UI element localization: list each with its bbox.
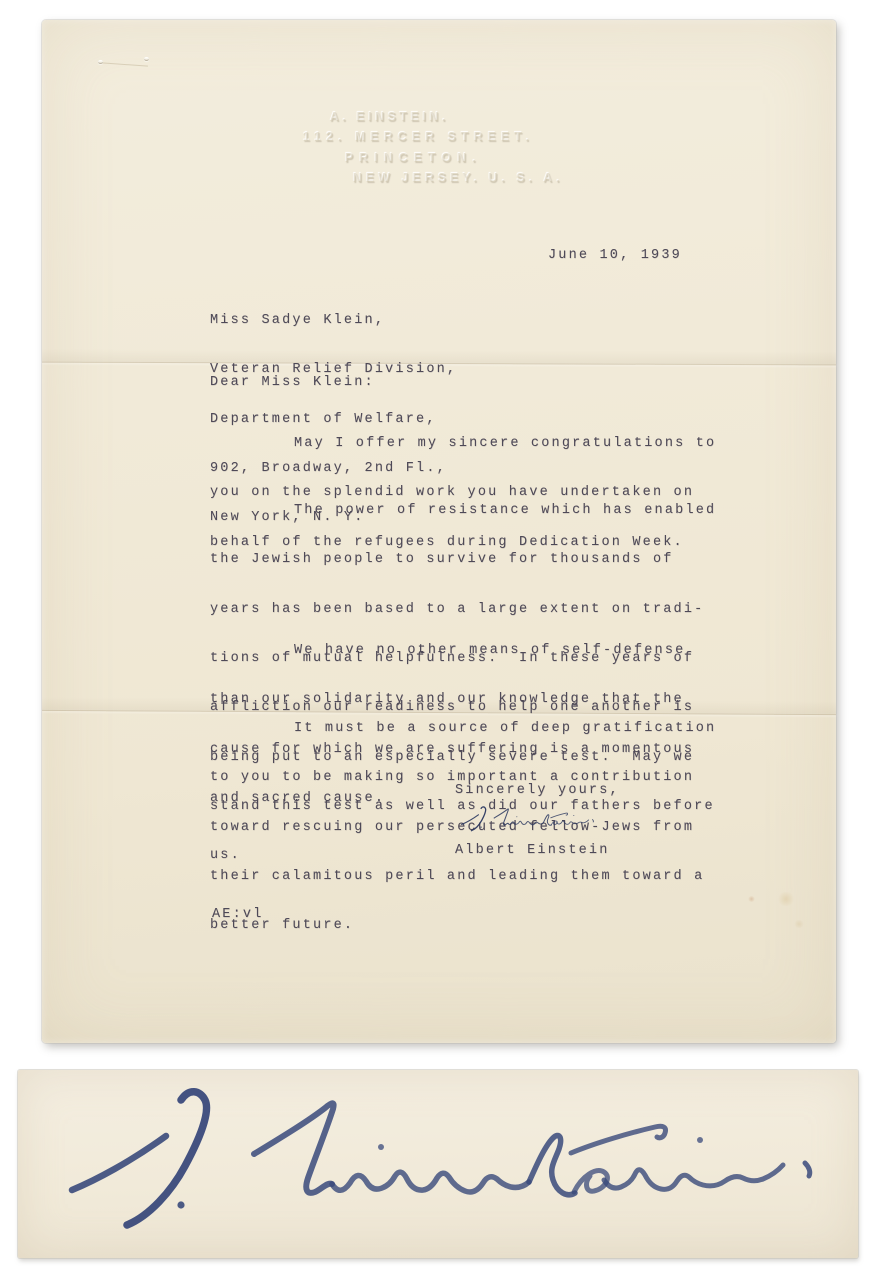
stain-spot	[777, 892, 795, 906]
typist-initials: AE:vl	[212, 907, 264, 923]
letterhead-city: PRINCETON.	[345, 151, 482, 165]
address-line: Miss Sadye Klein,	[210, 313, 457, 329]
closing: Sincerely yours,	[455, 783, 620, 799]
salutation: Dear Miss Klein:	[210, 375, 375, 391]
einstein-signature-large	[18, 1070, 858, 1258]
signature-closeup-panel	[18, 1070, 858, 1258]
staple-hole	[144, 57, 149, 61]
text-line: The power of resistance which has enable…	[210, 503, 770, 519]
letterhead-state: NEW JERSEY. U. S. A.	[353, 171, 564, 185]
text-line: We have no other means of self-defense	[210, 643, 770, 659]
letterhead-name: A. EINSTEIN.	[330, 110, 449, 124]
date-line: June 10, 1939	[548, 248, 682, 264]
paper-scratch	[102, 62, 148, 66]
typed-signature: Albert Einstein	[455, 843, 610, 859]
text-line: better future.	[210, 918, 770, 934]
stain-spot	[794, 920, 804, 928]
letterhead-street: 112. MERCER STREET.	[303, 130, 534, 144]
text-line: their calamitous peril and leading them …	[210, 869, 770, 885]
letter-sheet: A. EINSTEIN. 112. MERCER STREET. PRINCET…	[42, 20, 836, 1043]
text-line: May I offer my sincere congratulations t…	[210, 436, 770, 452]
text-line: the Jewish people to survive for thousan…	[210, 552, 770, 568]
text-line: It must be a source of deep gratificatio…	[210, 721, 770, 737]
einstein-signature-small	[452, 803, 602, 837]
